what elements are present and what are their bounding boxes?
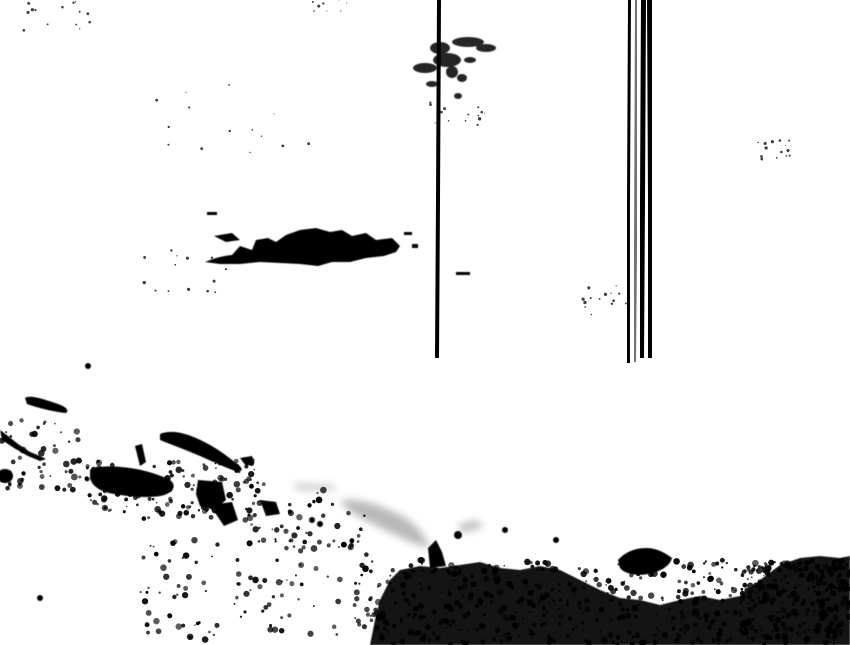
snow-landscape-photo	[0, 0, 850, 645]
snow-field	[0, 0, 850, 645]
